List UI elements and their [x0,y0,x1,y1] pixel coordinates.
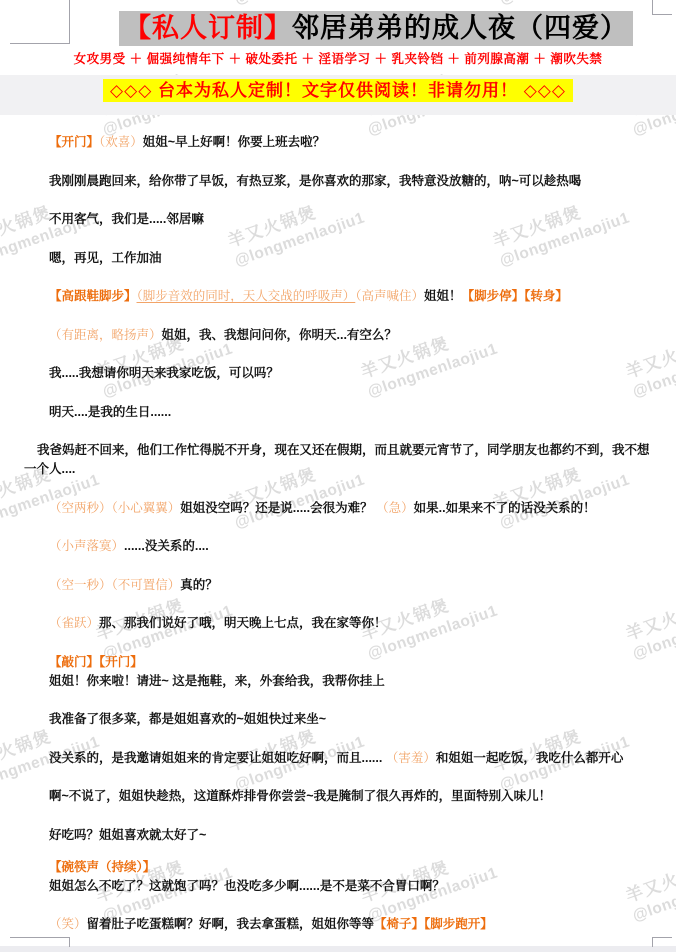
script-line: 【碗筷声（持续）】 [24,858,650,877]
editor-background-strip [0,946,676,952]
stage-note: （急） [376,501,414,515]
stage-note: （小声落寞） [49,539,124,553]
dialogue-text: 姐姐~早上好啊！你要上班去啦？ [143,135,325,149]
script-line: 姐姐！你来啦！请进~ 这是拖鞋，来，外套给我，我帮你挂上 [24,672,650,691]
dialogue-text: 真的？ [180,578,218,592]
title-main: 邻居弟弟的成人夜（四爱） [292,13,628,43]
script-line: 明天....是我的生日...... [24,403,650,422]
page-title: 【私人订制】邻居弟弟的成人夜（四爱） [119,11,633,46]
dialogue-text: 姐姐怎么不吃了？这就饱了吗？也没吃多少啊......是不是菜不合胃口啊？ [49,879,445,893]
stage-tag: 【碗筷声（持续）】 [49,860,155,874]
dialogue-text: 不用客气，我们是.....邻居嘛 [49,212,204,226]
stage-note: （笑） [49,917,87,931]
stage-note: （有距离，略扬声） [49,328,162,342]
content-tags-line: 女攻男受 ＋ 倔强纯情年下 ＋ 破处委托 ＋ 淫语学习 ＋ 乳夹铃铛 ＋ 前列腺… [0,52,676,67]
dialogue-text: 好吃吗？姐姐喜欢就太好了~ [49,828,206,842]
stage-tag: 【高跟鞋脚步】 [49,289,137,303]
stage-tag: 【脚步停】【转身】 [462,289,568,303]
script-line: 我刚刚晨跑回来，给你带了早饭，有热豆浆，是你喜欢的那家，我特意没放糖的，呐~可以… [24,172,650,191]
script-line: （有距离，略扬声）姐姐，我、我想问问你，你明天...有空么？ [24,326,650,345]
script-line: （小声落寞）......没关系的.... [24,537,650,556]
corner-mark-top-right-h [652,14,672,15]
dialogue-text: ......没关系的.... [124,539,209,553]
notice-band: ◇◇◇ 台本为私人定制！文字仅供阅读！非请勿用！ ◇◇◇ [0,75,676,115]
title-prefix: 【私人订制】 [124,13,292,43]
corner-mark-top-left-v [69,0,70,44]
script-line: 不用客气，我们是.....邻居嘛 [24,210,650,229]
script-line: 我爸妈赶不回来，他们工作忙得脱不开身，现在又还在假期，而且就要元宵节了，同学朋友… [24,441,650,479]
stage-note: （高声喊住） [355,289,424,303]
corner-mark-top-right-v [652,0,653,15]
dialogue-text: 我刚刚晨跑回来，给你带了早饭，有热豆浆，是你喜欢的那家，我特意没放糖的，呐~可以… [49,174,581,188]
dialogue-text: 我爸妈赶不回来，他们工作忙得脱不开身，现在又还在假期，而且就要元宵节了，同学朋友… [24,443,650,476]
dialogue-text: 姐姐没空吗？还是说.....会很为难？ [180,501,376,515]
stage-note: （害羞） [386,751,436,765]
dialogue-text: 啊~不说了，姐姐快趁热，这道酥炸排骨你尝尝~我是腌制了很久再炸的，里面特别入味儿… [49,789,551,803]
script-line: 啊~不说了，姐姐快趁热，这道酥炸排骨你尝尝~我是腌制了很久再炸的，里面特别入味儿… [24,787,650,806]
script-line: （空一秒）（不可置信）真的？ [24,576,650,595]
stage-tag: 【开门】 [49,135,99,149]
script-line: 嗯，再见，工作加油 [24,249,650,268]
notice-text: ◇◇◇ 台本为私人定制！文字仅供阅读！非请勿用！ ◇◇◇ [103,79,573,102]
dialogue-text: 和姐姐一起吃饭，我吃什么都开心 [436,751,624,765]
stage-note: （空一秒）（不可置信） [49,578,180,592]
script-line: （空两秒）（小心翼翼）姐姐没空吗？还是说.....会很为难？ （急）如果..如果… [24,499,650,518]
dialogue-text: 我.....我想请你明天来我家吃饭，可以吗？ [49,366,279,380]
stage-note: （脚步音效的同时，天人交战的呼吸声） [137,289,356,303]
dialogue-text: 姐姐，我、我想问问你，你明天...有空么？ [162,328,397,342]
document-page: 羊又火锅煲@longmenlaojiu1羊又火锅煲@longmenlaojiu1… [0,0,676,952]
dialogue-text: 嗯，再见，工作加油 [49,251,162,265]
dialogue-text: 那、那我们说好了哦，明天晚上七点，我在家等你！ [99,616,387,630]
script-line: 好吃吗？姐姐喜欢就太好了~ [24,826,650,845]
corner-mark-bottom-right-v [652,937,653,947]
stage-note: （欢喜） [99,135,143,149]
dialogue-text: 明天....是我的生日...... [49,405,171,419]
script-line: 我准备了很多菜，都是姐姐喜欢的~姐姐快过来坐~ [24,710,650,729]
dialogue-text: 没关系的，是我邀请姐姐来的肯定要让姐姐吃好啊，而且...... [49,751,386,765]
corner-mark-bottom-left-v [69,937,70,947]
script-line: 【开门】（欢喜）姐姐~早上好啊！你要上班去啦？ [24,133,650,152]
dialogue-text: 留着肚子吃蛋糕啊？好啊，我去拿蛋糕，姐姐你等等 [87,917,375,931]
script-body: 【开门】（欢喜）姐姐~早上好啊！你要上班去啦？我刚刚晨跑回来，给你带了早饭，有热… [0,115,676,934]
stage-note: （空两秒）（小心翼翼） [49,501,180,515]
stage-tag: 【敲门】【开门】 [49,655,143,669]
script-line: 姐姐怎么不吃了？这就饱了吗？也没吃多少啊......是不是菜不合胃口啊？ [24,877,650,896]
dialogue-text: 姐姐！你来啦！请进~ 这是拖鞋，来，外套给我，我帮你挂上 [49,674,385,688]
script-line: （雀跃）那、那我们说好了哦，明天晚上七点，我在家等你！ [24,614,650,633]
script-line: 我.....我想请你明天来我家吃饭，可以吗？ [24,364,650,383]
stage-note: （雀跃） [49,616,99,630]
dialogue-text: 如果..如果来不了的话没关系的！ [414,501,596,515]
script-line: （笑）留着肚子吃蛋糕啊？好啊，我去拿蛋糕，姐姐你等等【椅子】【脚步跑开】 [24,915,650,934]
script-line: 【高跟鞋脚步】（脚步音效的同时，天人交战的呼吸声）（高声喊住）姐姐！【脚步停】【… [24,287,650,306]
dialogue-text: 我准备了很多菜，都是姐姐喜欢的~姐姐快过来坐~ [49,712,326,726]
script-line: 【敲门】【开门】 [24,653,650,672]
title-row: 【私人订制】邻居弟弟的成人夜（四爱） [0,0,676,46]
corner-mark-bottom-left-h [10,937,70,938]
stage-tag: 【椅子】【脚步跑开】 [374,917,493,931]
corner-mark-bottom-right-h [652,937,672,938]
dialogue-text: 姐姐！ [424,289,462,303]
script-line: 没关系的，是我邀请姐姐来的肯定要让姐姐吃好啊，而且...... （害羞）和姐姐一… [24,749,650,768]
corner-mark-top-left-h [10,43,70,44]
